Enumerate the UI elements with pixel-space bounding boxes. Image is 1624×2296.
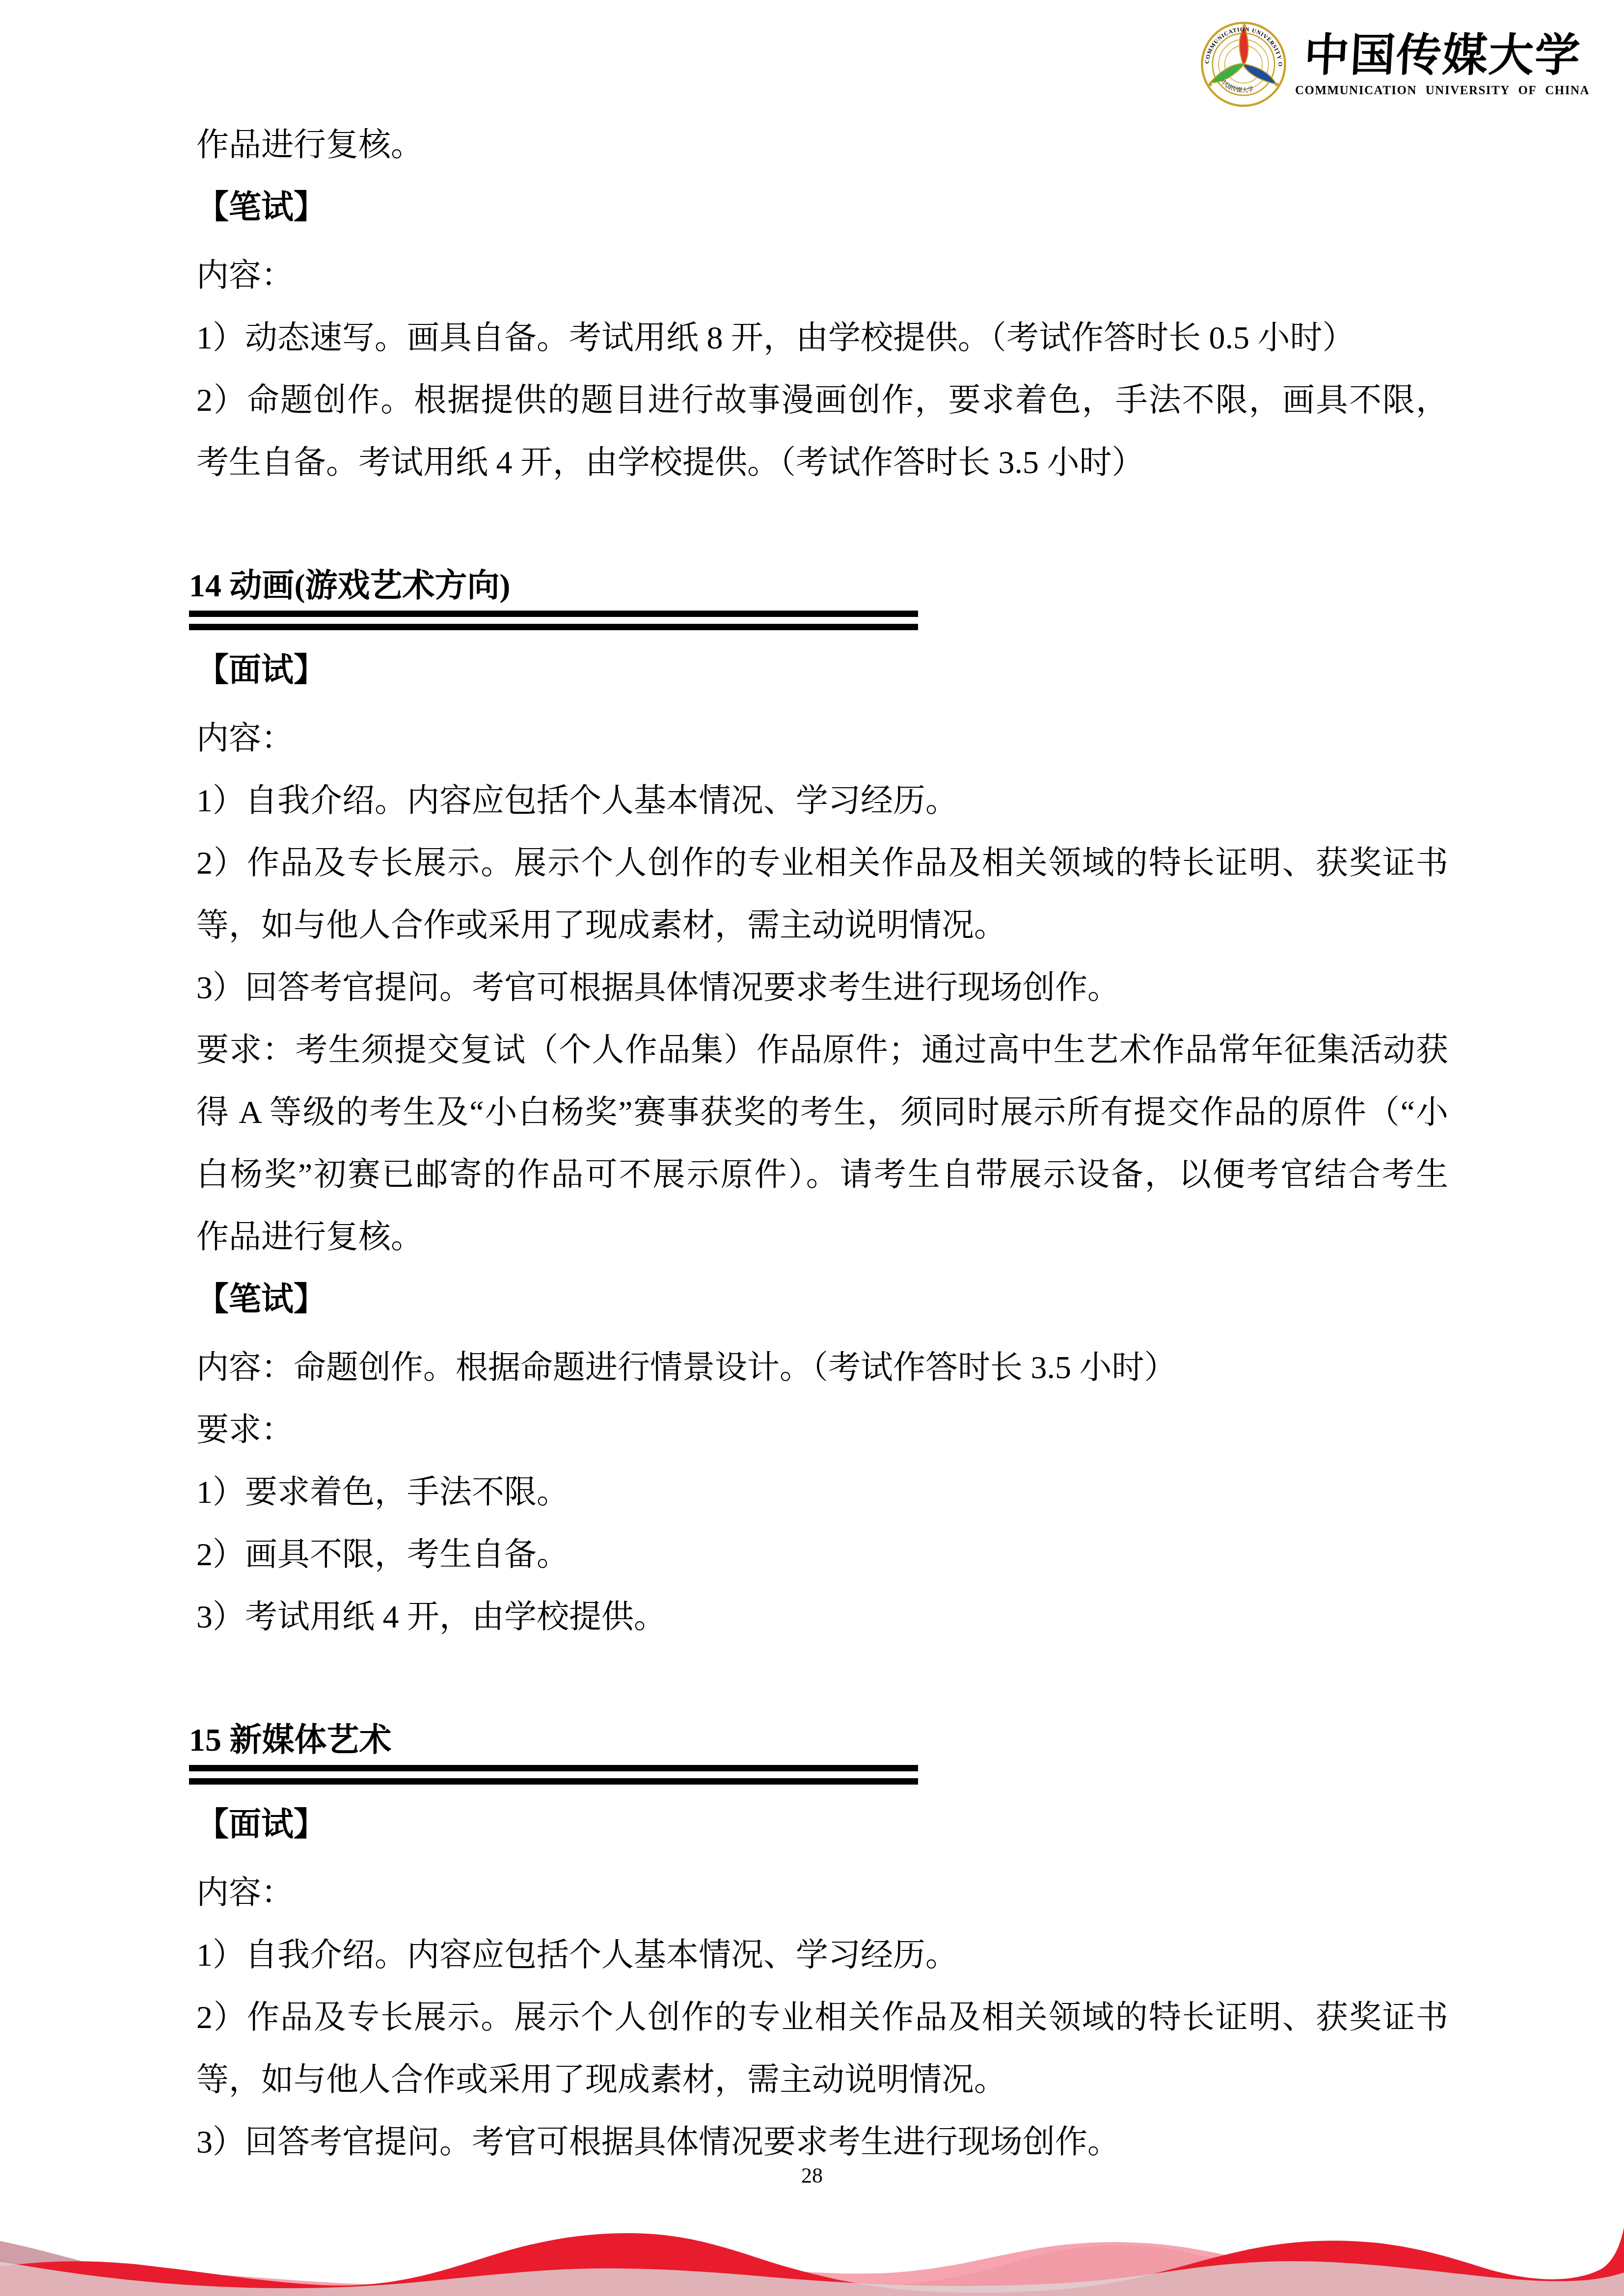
text-line: 作品进行复核。: [196, 114, 1448, 176]
text-line: 内容：命题创作。根据命题进行情景设计。（考试作答时长 3.5 小时）: [196, 1336, 1448, 1399]
text-line: 1）动态速写。画具自备。考试用纸 8 开，由学校提供。（考试作答时长 0.5 小…: [196, 307, 1448, 369]
document-content: 作品进行复核。【笔试】内容：1）动态速写。画具自备。考试用纸 8 开，由学校提供…: [196, 114, 1448, 2173]
text-line: 白杨奖”初赛已邮寄的作品可不展示原件）。请考生自带展示设备，以便考官结合考生: [196, 1144, 1448, 1206]
logo-cn-calligraphy: 中国传媒大学: [1302, 31, 1582, 80]
university-logo: COMMUNICATION UNIVERSITY OF CHINA 中国传媒大学…: [1200, 21, 1590, 108]
university-seal-icon: COMMUNICATION UNIVERSITY OF CHINA 中国传媒大学: [1200, 21, 1287, 108]
text-line: 作品进行复核。: [196, 1206, 1448, 1268]
text-line: 要求：考生须提交复试（个人作品集）作品原件；通过高中生艺术作品常年征集活动获: [196, 1019, 1448, 1081]
text-line: 1）自我介绍。内容应包括个人基本情况、学习经历。: [196, 770, 1448, 832]
footer-wave-decoration: [0, 2213, 1624, 2296]
document-page: { "logo": { "name_cn": "中国传媒大学", "name_e…: [0, 0, 1624, 2296]
text-line: 得 A 等级的考生及“小白杨奖”赛事获奖的考生，须同时展示所有提交作品的原件（“…: [196, 1081, 1448, 1144]
text-line: 考生自备。考试用纸 4 开，由学校提供。（考试作答时长 3.5 小时）: [196, 431, 1448, 494]
text-line: 2）作品及专长展示。展示个人创作的专业相关作品及相关领域的特长证明、获奖证书: [196, 1986, 1448, 2049]
exam-part-label: 【笔试】: [196, 176, 1448, 239]
text-line: 1）要求着色，手法不限。: [196, 1461, 1448, 1523]
exam-part-label: 【面试】: [196, 1793, 1448, 1856]
text-line: 等，如与他人合作或采用了现成素材，需主动说明情况。: [196, 2049, 1448, 2111]
text-line: 内容：: [196, 1862, 1448, 1924]
text-line: 2）作品及专长展示。展示个人创作的专业相关作品及相关领域的特长证明、获奖证书: [196, 832, 1448, 894]
section-heading: 15 新媒体艺术: [189, 1717, 918, 1785]
text-line: 等，如与他人合作或采用了现成素材，需主动说明情况。: [196, 894, 1448, 957]
logo-en-caption: COMMUNICATION UNIVERSITY OF CHINA: [1295, 84, 1590, 98]
text-line: 1）自我介绍。内容应包括个人基本情况、学习经历。: [196, 1924, 1448, 1986]
text-line: 3）考试用纸 4 开，由学校提供。: [196, 1586, 1448, 1648]
text-line: 内容：: [196, 707, 1448, 770]
exam-part-label: 【面试】: [196, 639, 1448, 701]
text-line: 3）回答考官提问。考官可根据具体情况要求考生进行现场创作。: [196, 957, 1448, 1019]
logo-wordmark: 中国传媒大学 COMMUNICATION UNIVERSITY OF CHINA: [1295, 31, 1590, 97]
text-line: 2）画具不限，考生自备。: [196, 1523, 1448, 1586]
text-line: 2）命题创作。根据提供的题目进行故事漫画创作，要求着色，手法不限，画具不限，: [196, 369, 1448, 431]
text-line: 内容：: [196, 244, 1448, 307]
exam-part-label: 【笔试】: [196, 1268, 1448, 1331]
text-line: 要求：: [196, 1399, 1448, 1461]
section-heading: 14 动画(游戏艺术方向): [189, 562, 918, 630]
page-number: 28: [0, 2163, 1624, 2188]
